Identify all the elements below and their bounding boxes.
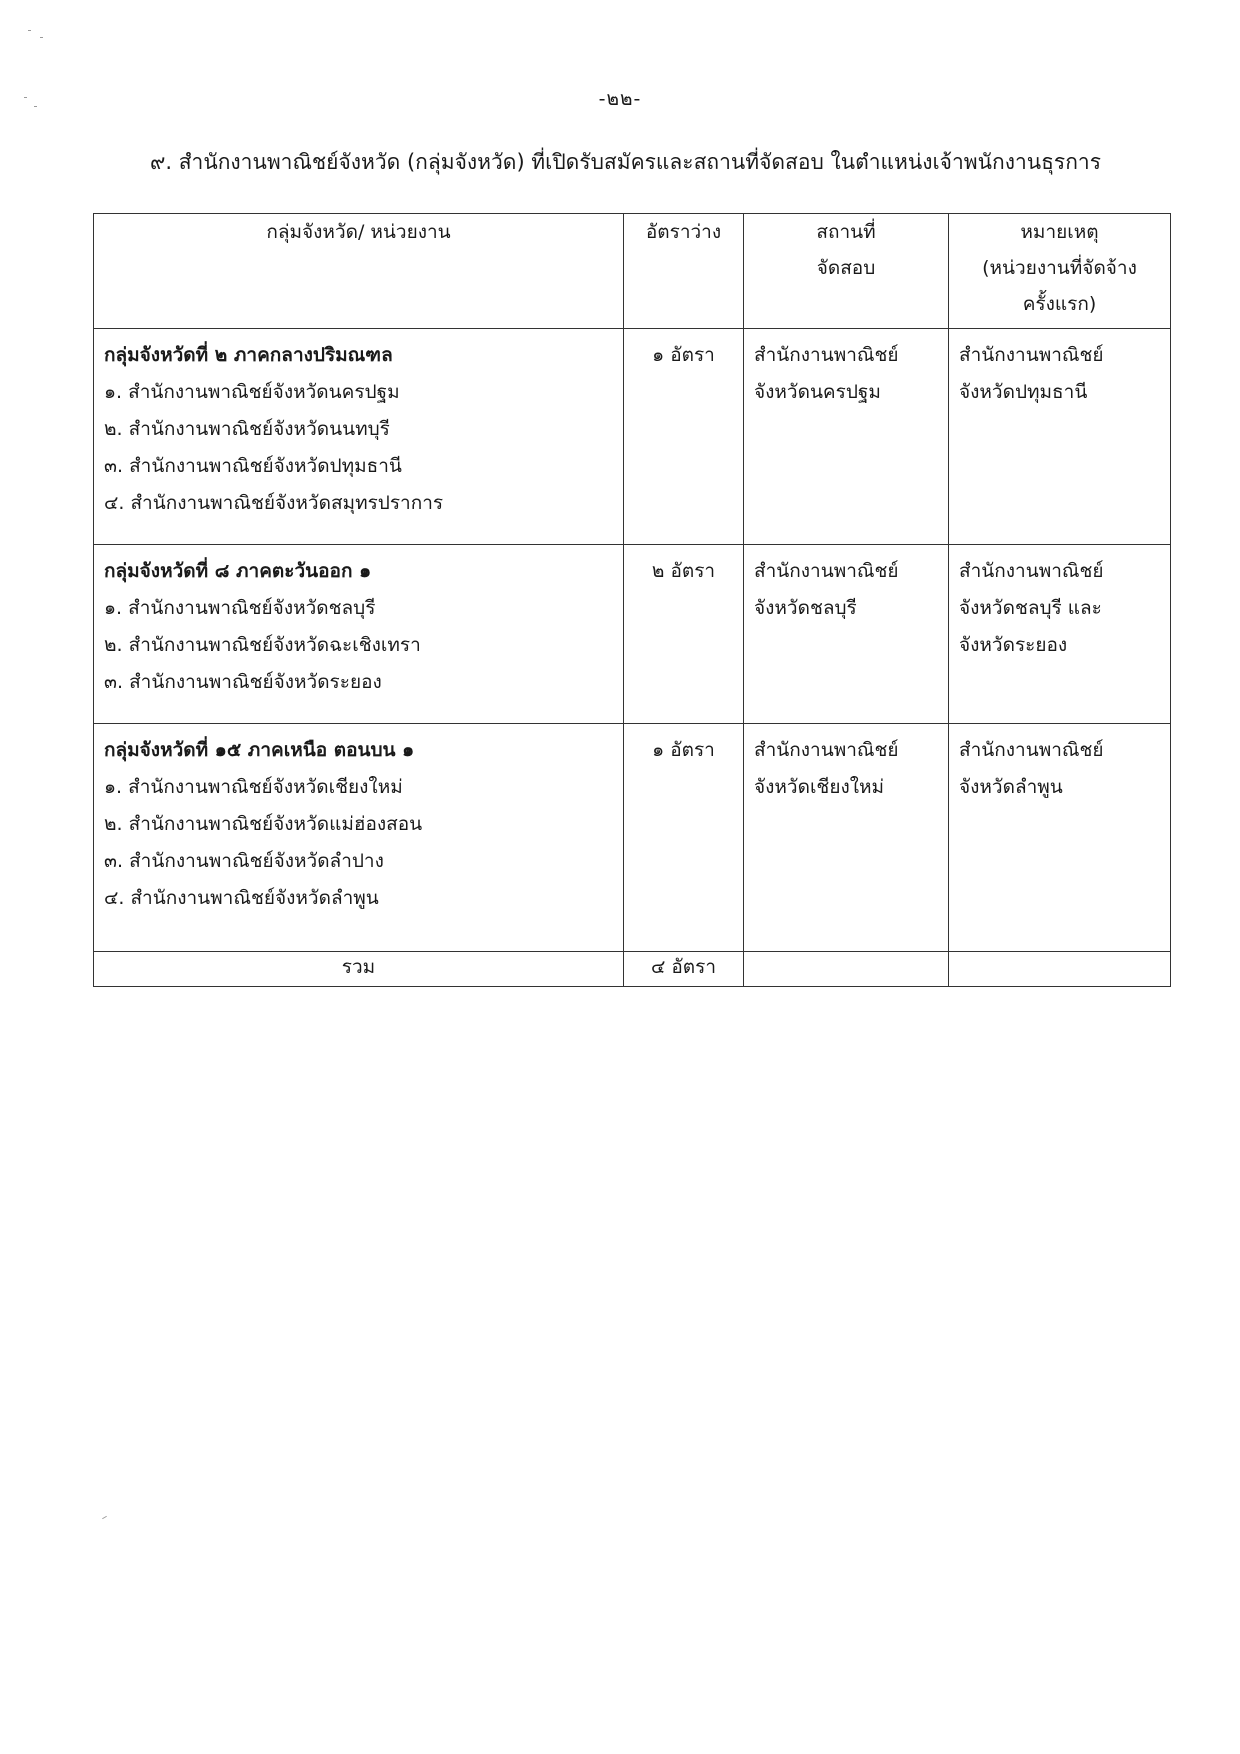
remark-line: จังหวัดปทุมธานี: [959, 374, 1162, 411]
remark-line: สำนักงานพาณิชย์: [959, 337, 1162, 374]
group-item: ๑. สำนักงานพาณิชย์จังหวัดนครปฐม: [104, 374, 613, 411]
header-remark: หมายเหตุ (หน่วยงานที่จัดจ้าง ครั้งแรก): [949, 214, 1171, 329]
total-exam-place-empty: [744, 952, 949, 987]
exam-place-line: สำนักงานพาณิชย์: [754, 553, 940, 590]
group-cell: กลุ่มจังหวัดที่ ๑๕ ภาคเหนือ ตอนบน ๑ ๑. ส…: [94, 724, 624, 952]
header-remark-line: ครั้งแรก): [949, 286, 1170, 322]
header-exam-place-line: จัดสอบ: [744, 250, 948, 286]
remark-cell: สำนักงานพาณิชย์ จังหวัดลำพูน: [949, 724, 1171, 952]
exam-place-line: จังหวัดเชียงใหม่: [754, 769, 940, 806]
group-item: ๒. สำนักงานพาณิชย์จังหวัดฉะเชิงเทรา: [104, 627, 613, 664]
group-item: ๓. สำนักงานพาณิชย์จังหวัดลำปาง: [104, 843, 613, 880]
exam-place-cell: สำนักงานพาณิชย์ จังหวัดเชียงใหม่: [744, 724, 949, 952]
remark-line: จังหวัดชลบุรี และ: [959, 590, 1162, 627]
group-item: ๒. สำนักงานพาณิชย์จังหวัดนนทบุรี: [104, 411, 613, 448]
remark-line: สำนักงานพาณิชย์: [959, 732, 1162, 769]
vacancy-cell: ๑ อัตรา: [624, 724, 744, 952]
header-exam-place-line: สถานที่: [744, 214, 948, 250]
scan-speck: [102, 1516, 107, 1519]
total-row: รวม ๔ อัตรา: [94, 952, 1171, 987]
group-item: ๑. สำนักงานพาณิชย์จังหวัดชลบุรี: [104, 590, 613, 627]
group-item: ๓. สำนักงานพาณิชย์จังหวัดระยอง: [104, 664, 613, 701]
header-remark-line: หมายเหตุ: [949, 214, 1170, 250]
group-title: กลุ่มจังหวัดที่ ๘ ภาคตะวันออก ๑: [104, 553, 613, 590]
scan-speck: [28, 30, 31, 31]
table-row: กลุ่มจังหวัดที่ ๑๕ ภาคเหนือ ตอนบน ๑ ๑. ส…: [94, 724, 1171, 952]
header-group: กลุ่มจังหวัด/ หน่วยงาน: [94, 214, 624, 329]
remark-line: สำนักงานพาณิชย์: [959, 553, 1162, 590]
total-label: รวม: [94, 952, 624, 987]
total-vacancy: ๔ อัตรา: [624, 952, 744, 987]
page-number: -๒๒-: [0, 84, 1240, 114]
group-cell: กลุ่มจังหวัดที่ ๒ ภาคกลางปริมณฑล ๑. สำนั…: [94, 329, 624, 545]
remark-line: จังหวัดลำพูน: [959, 769, 1162, 806]
header-exam-place: สถานที่ จัดสอบ: [744, 214, 949, 329]
exam-place-line: สำนักงานพาณิชย์: [754, 337, 940, 374]
group-item: ๓. สำนักงานพาณิชย์จังหวัดปทุมธานี: [104, 448, 613, 485]
group-item: ๑. สำนักงานพาณิชย์จังหวัดเชียงใหม่: [104, 769, 613, 806]
total-remark-empty: [949, 952, 1171, 987]
exam-place-line: สำนักงานพาณิชย์: [754, 732, 940, 769]
section-heading: ๙. สำนักงานพาณิชย์จังหวัด (กลุ่มจังหวัด)…: [150, 146, 1150, 179]
remark-cell: สำนักงานพาณิชย์ จังหวัดปทุมธานี: [949, 329, 1171, 545]
exam-place-cell: สำนักงานพาณิชย์ จังหวัดชลบุรี: [744, 545, 949, 724]
table-row: กลุ่มจังหวัดที่ ๘ ภาคตะวันออก ๑ ๑. สำนัก…: [94, 545, 1171, 724]
group-item: ๔. สำนักงานพาณิชย์จังหวัดสมุทรปราการ: [104, 485, 613, 522]
header-remark-line: (หน่วยงานที่จัดจ้าง: [949, 250, 1170, 286]
group-item: ๒. สำนักงานพาณิชย์จังหวัดแม่ฮ่องสอน: [104, 806, 613, 843]
table-header-row: กลุ่มจังหวัด/ หน่วยงาน อัตราว่าง สถานที่…: [94, 214, 1171, 329]
scan-speck: [40, 37, 43, 38]
vacancy-cell: ๒ อัตรา: [624, 545, 744, 724]
vacancy-table: กลุ่มจังหวัด/ หน่วยงาน อัตราว่าง สถานที่…: [93, 213, 1171, 987]
group-cell: กลุ่มจังหวัดที่ ๘ ภาคตะวันออก ๑ ๑. สำนัก…: [94, 545, 624, 724]
exam-place-cell: สำนักงานพาณิชย์ จังหวัดนครปฐม: [744, 329, 949, 545]
remark-line: จังหวัดระยอง: [959, 627, 1162, 664]
vacancy-cell: ๑ อัตรา: [624, 329, 744, 545]
exam-place-line: จังหวัดชลบุรี: [754, 590, 940, 627]
group-title: กลุ่มจังหวัดที่ ๑๕ ภาคเหนือ ตอนบน ๑: [104, 732, 613, 769]
exam-place-line: จังหวัดนครปฐม: [754, 374, 940, 411]
table-row: กลุ่มจังหวัดที่ ๒ ภาคกลางปริมณฑล ๑. สำนั…: [94, 329, 1171, 545]
group-item: ๔. สำนักงานพาณิชย์จังหวัดลำพูน: [104, 880, 613, 917]
header-vacancy: อัตราว่าง: [624, 214, 744, 329]
remark-cell: สำนักงานพาณิชย์ จังหวัดชลบุรี และ จังหวั…: [949, 545, 1171, 724]
group-title: กลุ่มจังหวัดที่ ๒ ภาคกลางปริมณฑล: [104, 337, 613, 374]
